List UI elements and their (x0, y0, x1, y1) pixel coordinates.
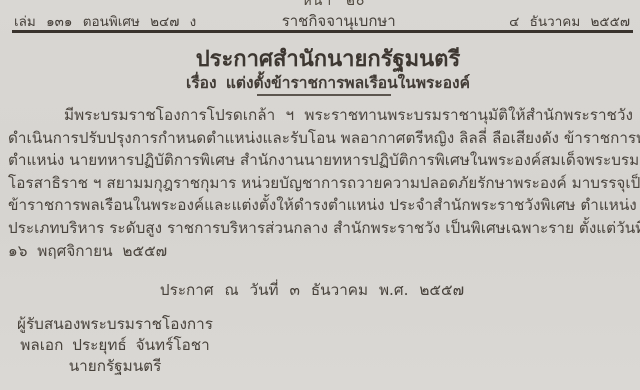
body-line: ข้าราชการพลเรือนในพระองค์และแต่งตั้งให้ด… (8, 194, 633, 217)
masthead-rule (12, 30, 633, 33)
gazette-page: หน้า ๒๐ เล่ม ๑๓๑ ตอนพิเศษ ๒๔๗ ง ราชกิจจา… (0, 0, 640, 390)
body-line: ดำเนินการปรับปรุงการกำหนดตำแหน่งและรับโอ… (8, 127, 633, 150)
body-line: ๑๖ พฤศจิกายน ๒๕๕๗ (8, 240, 633, 263)
masthead-date: ๔ ธันวาคม ๒๕๕๗ (509, 10, 630, 32)
countersign-name: พลเอก ประยุทธ์ จันทร์โอชา (14, 335, 216, 356)
body-line: โอรสาธิราช ฯ สยามมกุฎราชกุมาร หน่วยบัญชา… (8, 172, 633, 195)
announcement-subject: เรื่อง แต่งตั้งข้าราชการพลเรือนในพระองค์ (8, 70, 640, 95)
body-line: ประเภทบริหาร ระดับสูง ราชการบริหารส่วนกล… (8, 217, 633, 240)
countersign-position: นายกรัฐมนตรี (14, 356, 216, 377)
title-divider (257, 94, 391, 96)
body-line: มีพระบรมราชโองการโปรดเกล้า ฯ พระราชทานพร… (8, 104, 633, 127)
proclamation-date: ประกาศ ณ วันที่ ๓ ธันวาคม พ.ศ. ๒๕๕๗ (0, 277, 632, 302)
volume-info: เล่ม ๑๓๑ ตอนพิเศษ ๒๔๗ ง (14, 10, 196, 32)
countersignature-block: ผู้รับสนองพระบรมราชโองการ พลเอก ประยุทธ์… (14, 314, 216, 377)
body-line: ตำแหน่ง นายทหารปฏิบัติการพิเศษ สำนักงานน… (8, 149, 633, 172)
countersign-heading: ผู้รับสนองพระบรมราชโองการ (14, 314, 216, 335)
announcement-body: มีพระบรมราชโองการโปรดเกล้า ฯ พระราชทานพร… (8, 104, 633, 262)
